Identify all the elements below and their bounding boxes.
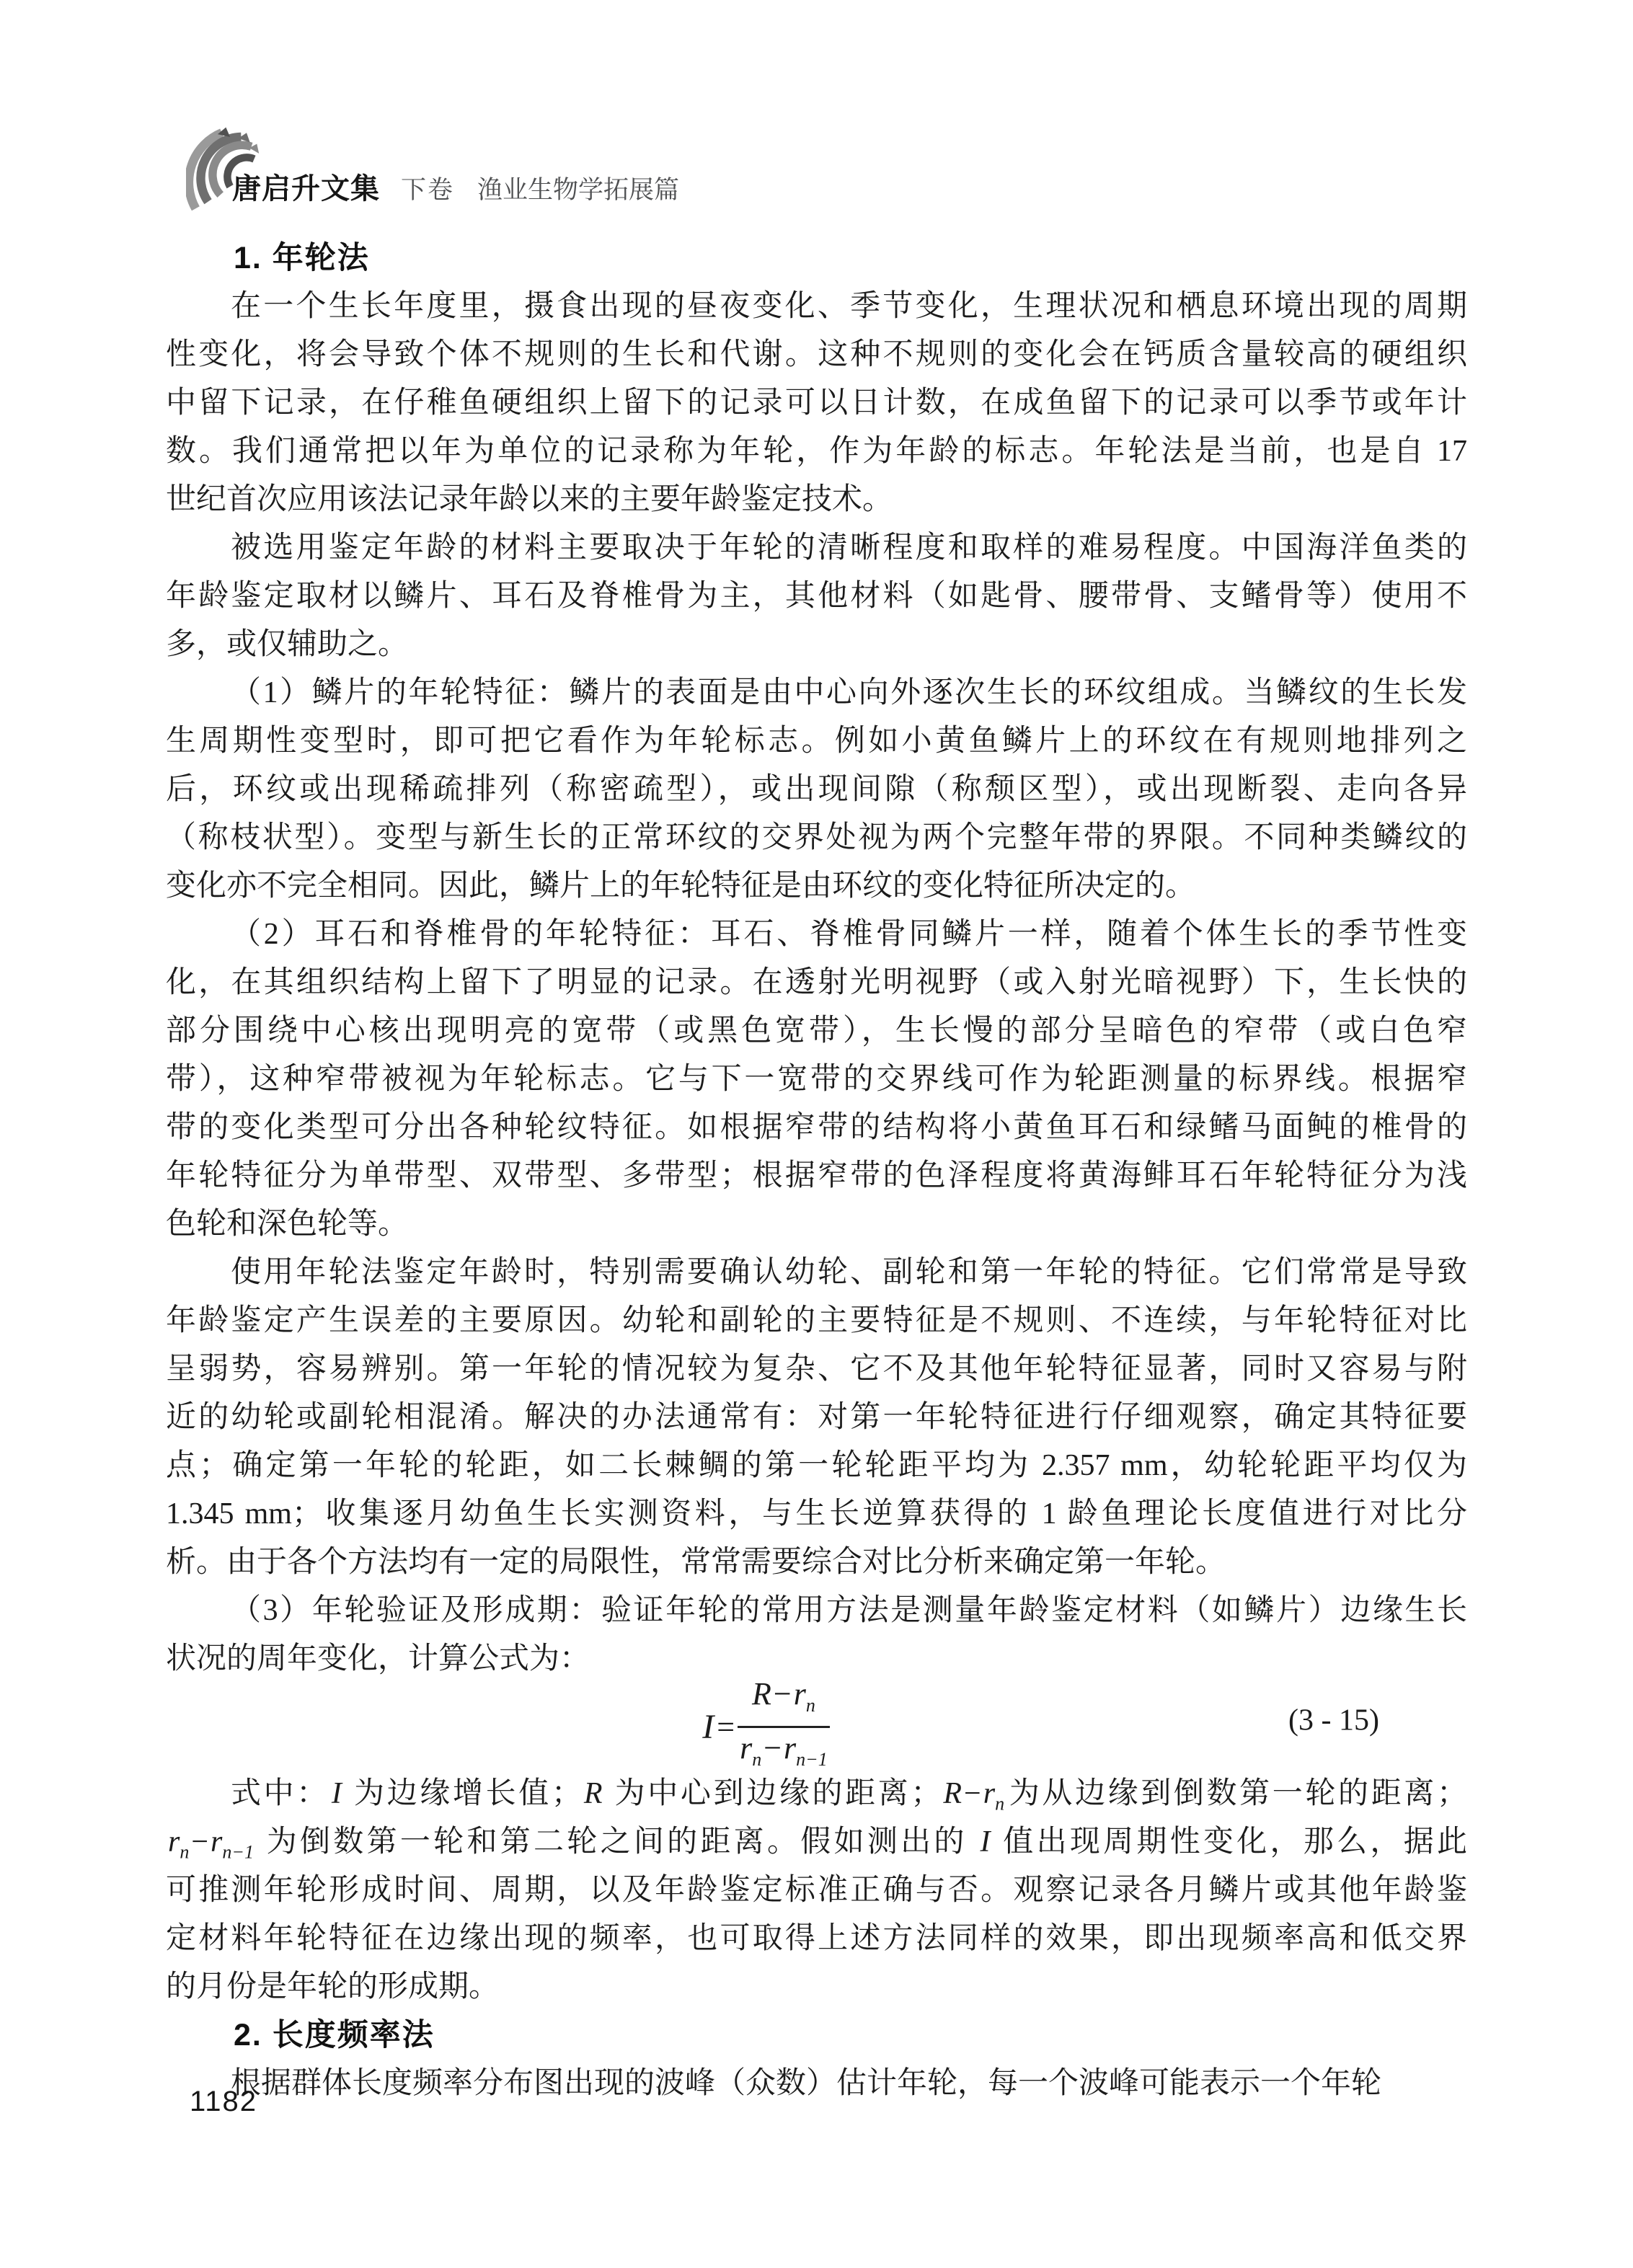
text-line: 使用年轮法鉴定年龄时，特别需要确认幼轮、副轮和第一年轮的特征。它们常常是导致 (166, 1249, 1467, 1297)
math-variable: rn (166, 1825, 191, 1859)
formula-eqno: (3 - 15) (1288, 1703, 1379, 1737)
paragraph: （2）耳石和脊椎骨的年轮特征：耳石、脊椎骨同鳞片一样，随着个体生长的季节性变化，… (166, 911, 1467, 1249)
text-line: 年龄鉴定产生误差的主要原因。幼轮和副轮的主要特征是不规则、不连续，与年轮特征对比 (166, 1297, 1467, 1345)
paragraph: （3）年轮验证及形成期：验证年轮的常用方法是测量年龄鉴定材料（如鳞片）边缘生长状… (166, 1587, 1467, 1683)
text-line: 色轮和深色轮等。 (166, 1200, 1467, 1249)
paragraph: 式中：I 为边缘增长值；R 为中心到边缘的距离；R−rn为从边缘到倒数第一轮的距… (166, 1770, 1467, 2011)
formula: I=R−rnrn−rn−1(3 - 15) (166, 1683, 1467, 1770)
text-line: 析。由于各个方法均有一定的局限性，常常需要综合对比分析来确定第一年轮。 (166, 1538, 1467, 1587)
text-line: rn−rn−1 为倒数第一轮和第二轮之间的距离。假如测出的 I 值出现周期性变化… (166, 1818, 1467, 1866)
text-line: （1）鳞片的年轮特征：鳞片的表面是由中心向外逐次生长的环纹组成。当鳞纹的生长发 (166, 669, 1467, 717)
text-line: 部分围绕中心核出现明亮的宽带（或黑色宽带），生长慢的部分呈暗色的窄带（或白色窄 (166, 1007, 1467, 1055)
section-heading: 2. 长度频率法 (166, 2011, 1467, 2060)
text-line: 1.345 mm；收集逐月幼鱼生长实测资料，与生长逆算获得的 1 龄鱼理论长度值… (166, 1490, 1467, 1538)
math-variable: rn (738, 1730, 764, 1766)
math-variable: rn−1 (782, 1730, 830, 1766)
text-line: 可推测年轮形成时间、周期，以及年龄鉴定标准正确与否。观察记录各月鳞片或其他年龄鉴 (166, 1866, 1467, 1915)
math-variable: R (750, 1676, 774, 1711)
math-variable: R (941, 1777, 964, 1810)
text-line: 根据群体长度频率分布图出现的波峰（众数）估计年轮，每一个波峰可能表示一个年轮 (166, 2060, 1467, 2108)
paragraph: 被选用鉴定年龄的材料主要取决于年轮的清晰程度和取样的难易程度。中国海洋鱼类的年龄… (166, 524, 1467, 669)
text-line: 在一个生长年度里，摄食出现的昼夜变化、季节变化，生理状况和栖息环境出现的周期 (166, 283, 1467, 331)
text-line: 数。我们通常把以年为单位的记录称为年轮，作为年龄的标志。年轮法是当前，也是自 1… (166, 428, 1467, 476)
text-line: 多，或仅辅助之。 (166, 621, 1467, 669)
section-heading: 1. 年轮法 (166, 234, 1467, 283)
text-line: 被选用鉴定年龄的材料主要取决于年轮的清晰程度和取样的难易程度。中国海洋鱼类的 (166, 524, 1467, 572)
volume-label: 下卷 (401, 170, 454, 206)
paragraph: 根据群体长度频率分布图出现的波峰（众数）估计年轮，每一个波峰可能表示一个年轮 (166, 2060, 1467, 2108)
paragraph: （1）鳞片的年轮特征：鳞片的表面是由中心向外逐次生长的环纹组成。当鳞纹的生长发生… (166, 669, 1467, 911)
text-line: 生周期性变型时，即可把它看作为年轮标志。例如小黄鱼鳞片上的环纹在有规则地排列之 (166, 717, 1467, 766)
text-line: 定材料年轮特征在边缘出现的频率，也可取得上述方法同样的效果，即出现频率高和低交界 (166, 1915, 1467, 1963)
page-number: 1182 (190, 2086, 257, 2118)
text-line: 变化亦不完全相同。因此，鳞片上的年轮特征是由环纹的变化特征所决定的。 (166, 862, 1467, 911)
fraction: R−rnrn−rn−1 (738, 1675, 830, 1778)
text-line: 中留下记录，在仔稚鱼硬组织上留下的记录可以日计数，在成鱼留下的记录可以季节或年计 (166, 379, 1467, 428)
text-line: （称枝状型）。变型与新生长的正常环纹的交界处视为两个完整年带的界限。不同种类鳞纹… (166, 814, 1467, 862)
math-variable: rn (981, 1777, 1006, 1810)
book-title: 唐启升文集 (232, 166, 380, 207)
text-line: 带的变化类型可分出各种轮纹特征。如根据窄带的结构将小黄鱼耳石和绿鳍马面鲀的椎骨的 (166, 1104, 1467, 1152)
text-line: （2）耳石和脊椎骨的年轮特征：耳石、脊椎骨同鳞片一样，随着个体生长的季节性变 (166, 911, 1467, 959)
paragraph: 在一个生长年度里，摄食出现的昼夜变化、季节变化，生理状况和栖息环境出现的周期性变… (166, 283, 1467, 524)
series-label: 渔业生物学拓展篇 (477, 170, 679, 206)
text-line: 的月份是年轮的形成期。 (166, 1963, 1467, 2011)
math-variable: rn−1 (208, 1825, 256, 1859)
paragraph: 使用年轮法鉴定年龄时，特别需要确认幼轮、副轮和第一年轮的特征。它们常常是导致年龄… (166, 1249, 1467, 1587)
text-line: 化，在其组织结构上留下了明显的记录。在透射光明视野（或入射光暗视野）下，生长快的 (166, 959, 1467, 1007)
text-line: 性变化，将会导致个体不规则的生长和代谢。这种不规则的变化会在钙质含量较高的硬组织 (166, 331, 1467, 379)
text-line: 后，环纹或出现稀疏排列（称密疏型），或出现间隙（称颓区型），或出现断裂、走向各异 (166, 766, 1467, 814)
math-variable: I (702, 1707, 714, 1747)
document-page: 唐启升文集 下卷 渔业生物学拓展篇 1. 年轮法在一个生长年度里，摄食出现的昼夜… (0, 0, 1633, 2268)
text-line: 点；确定第一年轮的轮距，如二长棘鲷的第一轮轮距平均为 2.357 mm，幼轮轮距… (166, 1442, 1467, 1490)
text-line: 呈弱势，容易辨别。第一年轮的情况较为复杂、它不及其他年轮特征显著，同时又容易与附 (166, 1345, 1467, 1394)
math-variable: I (978, 1825, 993, 1859)
page-header: 唐启升文集 下卷 渔业生物学拓展篇 (0, 0, 1633, 223)
text-line: 世纪首次应用该法记录年龄以来的主要年龄鉴定技术。 (166, 476, 1467, 524)
math-variable: R (582, 1777, 605, 1810)
math-variable: I (329, 1777, 344, 1810)
text-line: 近的幼轮或副轮相混淆。解决的办法通常有：对第一年轮特征进行仔细观察，确定其特征要 (166, 1394, 1467, 1442)
text-line: （3）年轮验证及形成期：验证年轮的常用方法是测量年龄鉴定材料（如鳞片）边缘生长 (166, 1587, 1467, 1635)
text-line: 年龄鉴定取材以鳞片、耳石及脊椎骨为主，其他材料（如匙骨、腰带骨、支鳍骨等）使用不 (166, 572, 1467, 621)
page-body: 1. 年轮法在一个生长年度里，摄食出现的昼夜变化、季节变化，生理状况和栖息环境出… (166, 234, 1467, 2108)
math-variable: rn (792, 1676, 818, 1711)
text-line: 年轮特征分为单带型、双带型、多带型；根据窄带的色泽程度将黄海鲱耳石年轮特征分为浅 (166, 1152, 1467, 1200)
text-line: 带），这种窄带被视为年轮标志。它与下一宽带的交界线可作为轮距测量的标界线。根据窄 (166, 1055, 1467, 1104)
